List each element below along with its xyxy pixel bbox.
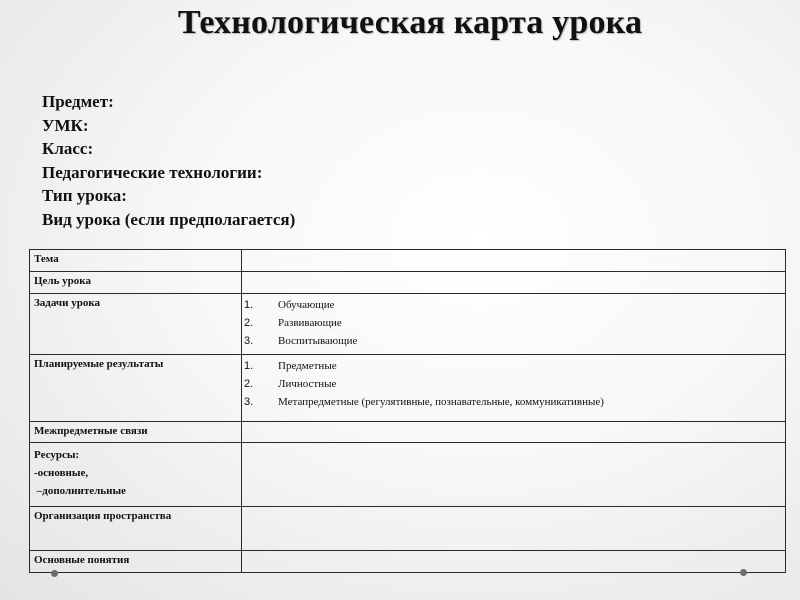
lesson-meta-fields: Предмет: УМК: Класс: Педагогические техн… — [42, 90, 295, 231]
row-label-goal: Цель урока — [30, 272, 242, 294]
item-number: 1. — [242, 296, 278, 314]
meta-subject: Предмет: — [42, 90, 295, 114]
list-item: 1.Обучающие — [242, 296, 785, 314]
results-list: 1.Предметные 2.Личностные 3.Метапредметн… — [242, 357, 785, 411]
table-row: Основные понятия — [30, 551, 786, 573]
row-value-results[interactable]: 1.Предметные 2.Личностные 3.Метапредметн… — [242, 355, 786, 422]
row-value-tasks[interactable]: 1.Обучающие 2.Развивающие 3.Воспитывающи… — [242, 294, 786, 355]
item-number: 3. — [242, 393, 278, 411]
meta-lesson-type: Тип урока: — [42, 184, 295, 208]
item-number: 1. — [242, 357, 278, 375]
table-row: Задачи урока 1.Обучающие 2.Развивающие 3… — [30, 294, 786, 355]
row-label-interdisciplinary: Межпредметные связи — [30, 422, 242, 443]
table-row: Тема — [30, 250, 786, 272]
meta-class: Класс: — [42, 137, 295, 161]
resources-additional: –дополнительные — [34, 482, 237, 500]
list-item: 2.Развивающие — [242, 314, 785, 332]
row-value-space[interactable] — [242, 507, 786, 551]
row-value-interdisciplinary[interactable] — [242, 422, 786, 443]
item-text: Воспитывающие — [278, 332, 357, 350]
row-label-topic: Тема — [30, 250, 242, 272]
decorative-dot-left — [51, 570, 58, 577]
row-label-space: Организация пространства — [30, 507, 242, 551]
table-row: Межпредметные связи — [30, 422, 786, 443]
item-number: 3. — [242, 332, 278, 350]
lesson-plan-table: Тема Цель урока Задачи урока 1.Обучающие… — [29, 249, 786, 573]
list-item: 3.Метапредметные (регулятивные, познават… — [242, 393, 785, 411]
decorative-dot-right — [740, 569, 747, 576]
item-text: Обучающие — [278, 296, 335, 314]
resources-heading: Ресурсы: — [34, 446, 237, 464]
row-label-tasks: Задачи урока — [30, 294, 242, 355]
meta-lesson-kind: Вид урока (если предполагается) — [42, 208, 295, 232]
item-text: Предметные — [278, 357, 337, 375]
table-row: Организация пространства — [30, 507, 786, 551]
row-value-concepts[interactable] — [242, 551, 786, 573]
meta-umk: УМК: — [42, 114, 295, 138]
table-row: Ресурсы: -основные, –дополнительные — [30, 443, 786, 507]
meta-technologies: Педагогические технологии: — [42, 161, 295, 185]
list-item: 2.Личностные — [242, 375, 785, 393]
item-text: Личностные — [278, 375, 336, 393]
item-text: Метапредметные (регулятивные, познавател… — [278, 393, 604, 411]
item-number: 2. — [242, 375, 278, 393]
row-value-resources[interactable] — [242, 443, 786, 507]
row-label-concepts: Основные понятия — [30, 551, 242, 573]
row-label-resources: Ресурсы: -основные, –дополнительные — [30, 443, 242, 507]
tasks-list: 1.Обучающие 2.Развивающие 3.Воспитывающи… — [242, 296, 785, 350]
table-row: Планируемые результаты 1.Предметные 2.Ли… — [30, 355, 786, 422]
list-item: 1.Предметные — [242, 357, 785, 375]
table-row: Цель урока — [30, 272, 786, 294]
row-value-topic[interactable] — [242, 250, 786, 272]
row-label-results: Планируемые результаты — [30, 355, 242, 422]
resources-main: -основные, — [34, 464, 237, 482]
page-title: Технологическая карта урока — [0, 4, 800, 42]
list-item: 3.Воспитывающие — [242, 332, 785, 350]
row-value-goal[interactable] — [242, 272, 786, 294]
item-number: 2. — [242, 314, 278, 332]
item-text: Развивающие — [278, 314, 342, 332]
